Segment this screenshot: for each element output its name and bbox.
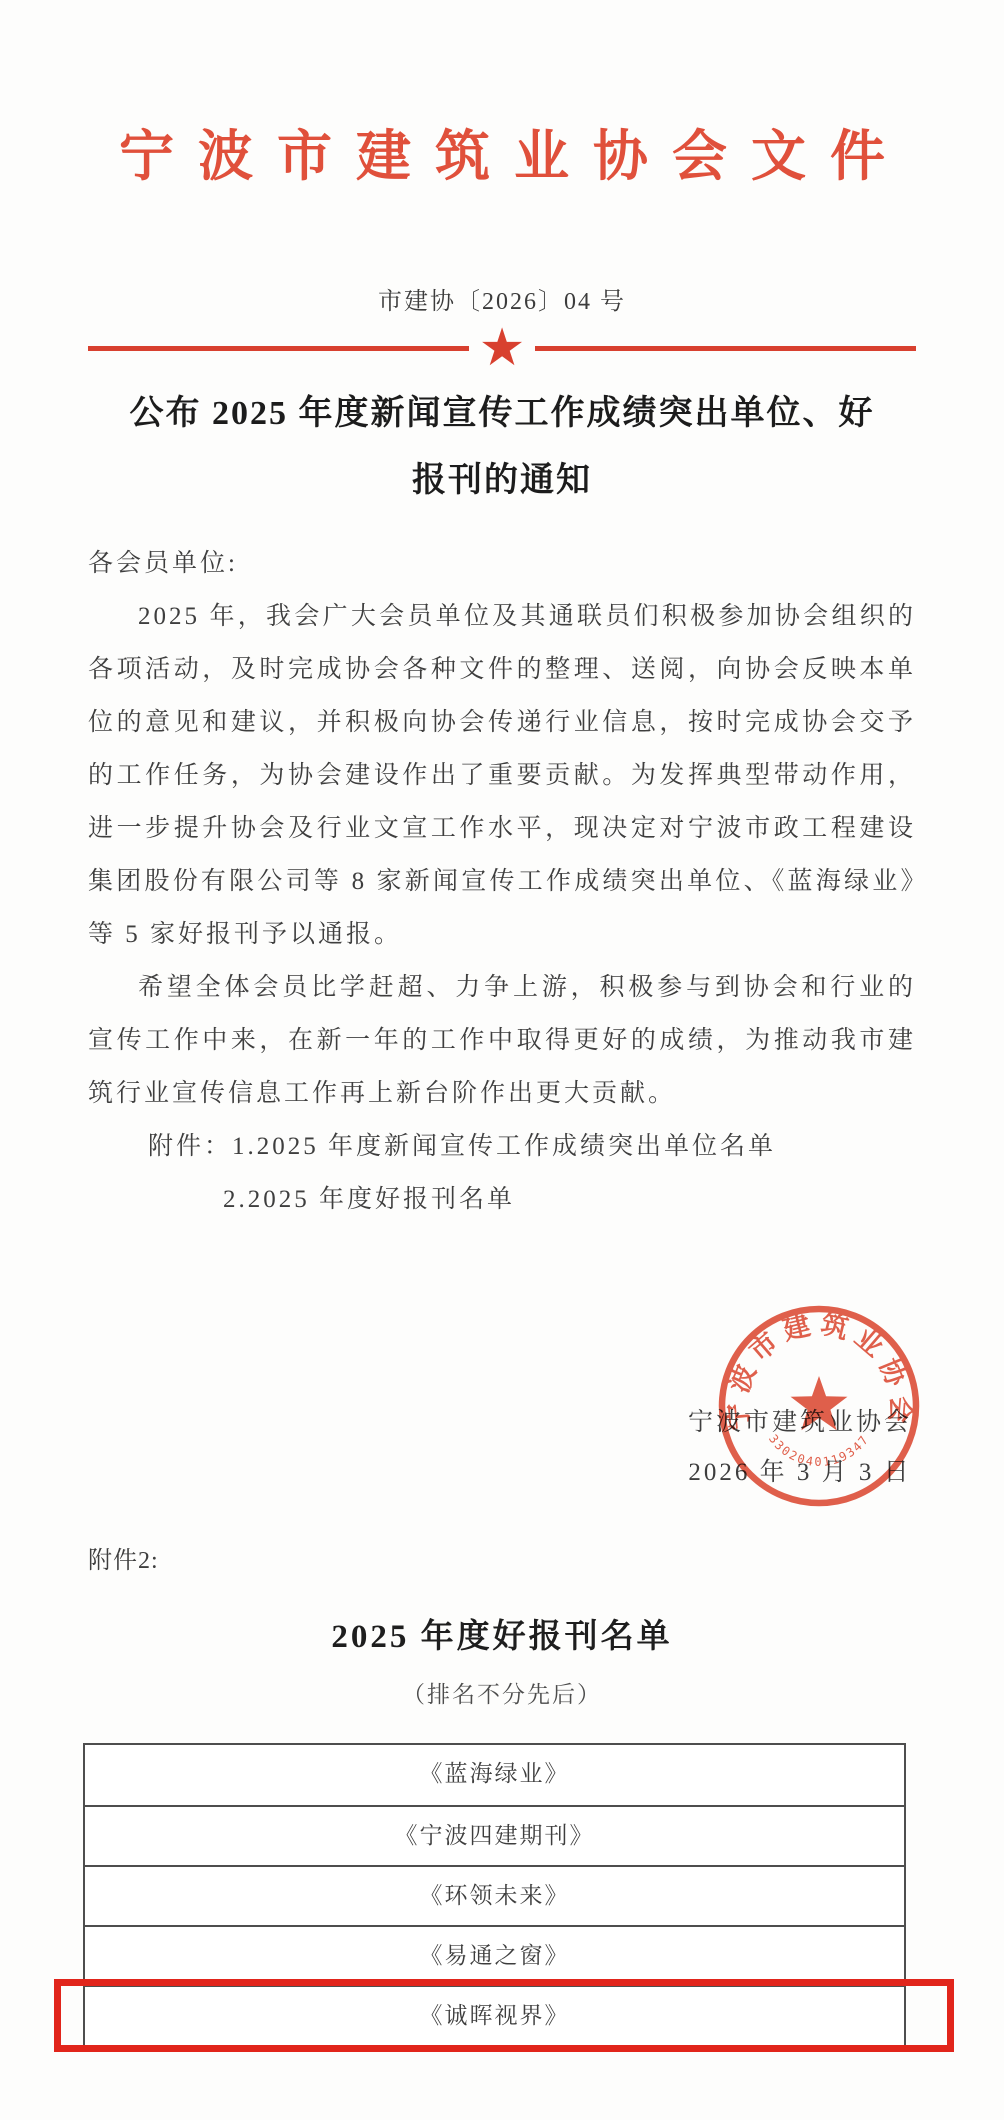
divider-rule-right xyxy=(535,346,916,351)
annex-subtitle: （排名不分先后） xyxy=(0,1676,1004,1709)
official-seal: 宁波市建筑业协会 3302040119347 xyxy=(714,1301,924,1511)
document-header-title: 宁波市建筑业协会文件 xyxy=(0,112,1004,191)
official-seal-graphic: 宁波市建筑业协会 3302040119347 xyxy=(714,1301,924,1511)
divider-rule-left xyxy=(88,346,469,351)
star-icon: ★ xyxy=(479,322,526,374)
red-divider: ★ xyxy=(88,324,916,372)
svg-text:3302040119347: 3302040119347 xyxy=(766,1432,872,1469)
document-page: 宁波市建筑业协会文件 市建协〔2026〕04 号 ★ 公布 2025 年度新闻宣… xyxy=(0,0,1004,2120)
paragraph-2: 希望全体会员比学赶超、力争上游，积极参与到协会和行业的宣传工作中来，在新一年的工… xyxy=(88,961,916,1120)
paragraph-1: 2025 年，我会广大会员单位及其通联员们积极参加协会组织的各项活动，及时完成协… xyxy=(88,590,916,961)
table-row: 《易通之窗》 xyxy=(85,1925,904,1985)
document-title-line1: 公布 2025 年度新闻宣传工作成绩突出单位、好 xyxy=(60,380,944,447)
annex-title: 2025 年度好报刊名单 xyxy=(0,1610,1004,1657)
annex-label: 附件2: xyxy=(88,1540,159,1575)
document-body: 各会员单位: 2025 年，我会广大会员单位及其通联员们积极参加协会组织的各项活… xyxy=(88,537,916,1226)
seal-serial-number: 3302040119347 xyxy=(766,1432,872,1469)
attachment-line-1: 附件：1.2025 年度新闻宣传工作成绩突出单位名单 xyxy=(88,1120,916,1173)
document-title-line2: 报刊的通知 xyxy=(60,447,944,514)
periodicals-table: 《蓝海绿业》 《宁波四建期刊》 《环领未来》 《易通之窗》 《诚晖视界》 xyxy=(83,1743,906,2047)
attachment-line-2: 2.2025 年度好报刊名单 xyxy=(88,1173,916,1226)
salutation: 各会员单位: xyxy=(88,537,916,590)
table-row: 《宁波四建期刊》 xyxy=(85,1805,904,1865)
document-title: 公布 2025 年度新闻宣传工作成绩突出单位、好 报刊的通知 xyxy=(60,380,944,514)
seal-star-icon xyxy=(791,1376,848,1430)
table-row: 《环领未来》 xyxy=(85,1865,904,1925)
table-row-highlighted: 《诚晖视界》 xyxy=(85,1985,904,2045)
document-number: 市建协〔2026〕04 号 xyxy=(0,281,1004,316)
table-row: 《蓝海绿业》 xyxy=(85,1745,904,1805)
